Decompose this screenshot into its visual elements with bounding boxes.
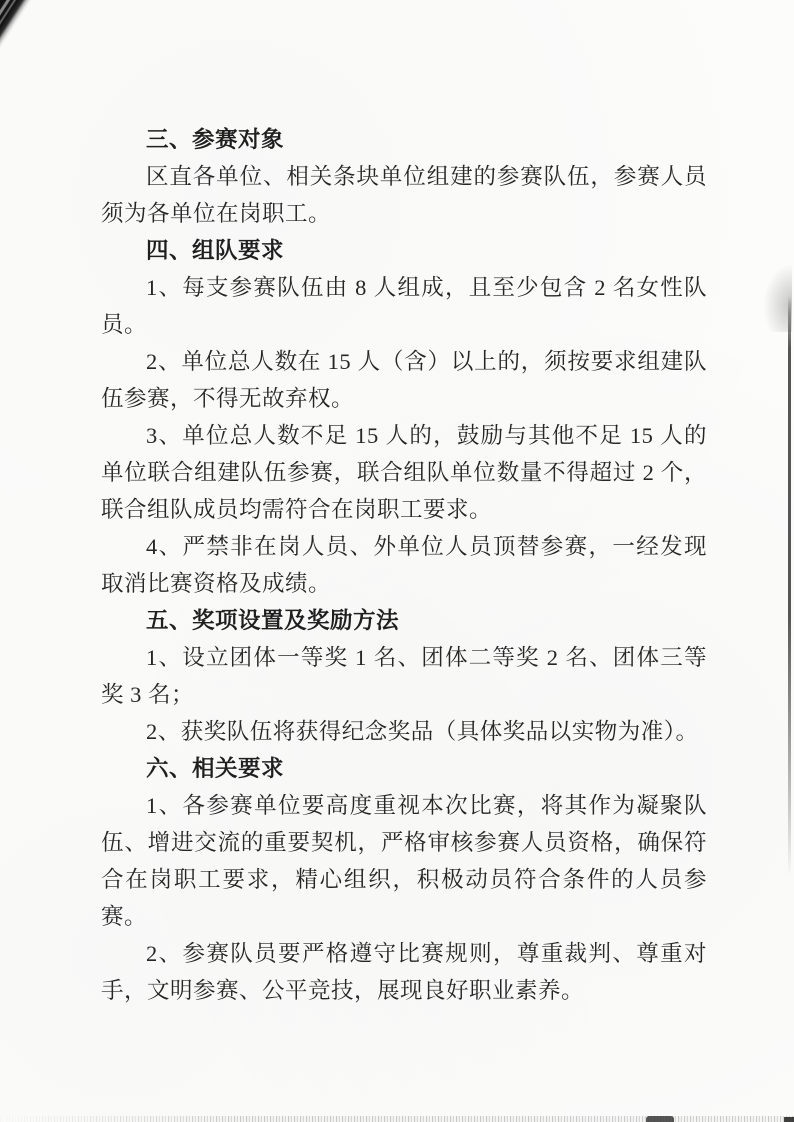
scan-bottom-edge <box>0 1116 794 1122</box>
scan-corner-mark <box>784 1117 794 1122</box>
section-heading-3: 三、参赛对象 <box>101 121 707 158</box>
paragraph-team-rule-4: 4、严禁非在岗人员、外单位人员顶替参赛，一经发现取消比赛资格及成绩。 <box>101 528 707 602</box>
section-heading-6: 六、相关要求 <box>101 750 707 787</box>
paragraph-team-rule-3: 3、单位总人数不足 15 人的，鼓励与其他不足 15 人的单位联合组建队伍参赛，… <box>101 417 707 528</box>
paragraph-award-rule-1: 1、设立团体一等奖 1 名、团体二等奖 2 名、团体三等奖 3 名； <box>101 639 707 713</box>
paragraph-team-rule-2: 2、单位总人数在 15 人（含）以上的，须按要求组建队伍参赛，不得无故弃权。 <box>101 343 707 417</box>
paragraph-requirement-2: 2、参赛队员要严格遵守比赛规则，尊重裁判、尊重对手，文明参赛、公平竞技，展现良好… <box>101 935 707 1009</box>
page-edge-shadow-line <box>788 296 791 876</box>
section-heading-4: 四、组队要求 <box>101 232 707 269</box>
section-heading-5: 五、奖项设置及奖励方法 <box>101 602 707 639</box>
paragraph-participants: 区直各单位、相关条块单位组建的参赛队伍，参赛人员须为各单位在岗职工。 <box>101 158 707 232</box>
paragraph-team-rule-1: 1、每支参赛队伍由 8 人组成，且至少包含 2 名女性队员。 <box>101 269 707 343</box>
document-body: 三、参赛对象 区直各单位、相关条块单位组建的参赛队伍，参赛人员须为各单位在岗职工… <box>101 121 707 1009</box>
scan-bottom-mark <box>646 1116 674 1122</box>
scan-corner-artifact <box>0 0 46 58</box>
paragraph-award-rule-2: 2、获奖队伍将获得纪念奖品（具体奖品以实物为准）。 <box>101 713 707 750</box>
paragraph-requirement-1: 1、各参赛单位要高度重视本次比赛，将其作为凝聚队伍、增进交流的重要契机，严格审核… <box>101 787 707 935</box>
scanned-document-page: 三、参赛对象 区直各单位、相关条块单位组建的参赛队伍，参赛人员须为各单位在岗职工… <box>0 0 794 1122</box>
